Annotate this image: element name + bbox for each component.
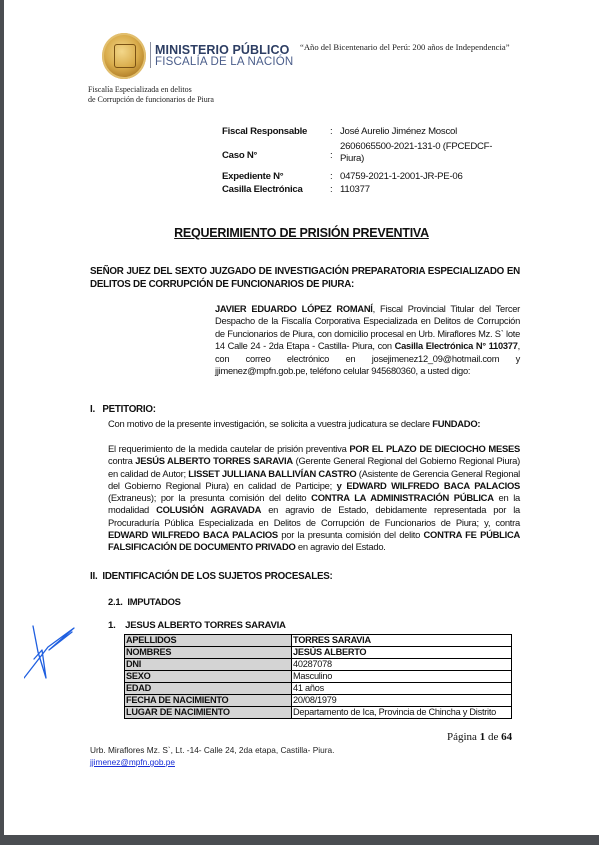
- table-row: NOMBRESJESÚS ALBERTO: [125, 647, 512, 659]
- person-heading: 1. JESUS ALBERTO TORRES SARAVIA: [108, 620, 286, 631]
- handwritten-signature-icon: [24, 612, 84, 682]
- meta-label: Fiscal Responsable: [222, 126, 322, 137]
- table-row: FECHA DE NACIMIENTO20/08/1979: [125, 695, 512, 707]
- field-value: TORRES SARAVIA: [292, 635, 512, 647]
- field-label: NOMBRES: [125, 647, 292, 659]
- document-page: MINISTERIO PÚBLICO FISCALÍA DE LA NACIÓN…: [4, 0, 599, 835]
- field-label: FECHA DE NACIMIENTO: [125, 695, 292, 707]
- year-motto: “Año del Bicentenario del Perú: 200 años…: [300, 42, 510, 52]
- logo-fiscalia-nacion: FISCALÍA DE LA NACIÓN: [155, 56, 293, 68]
- logo-ministerio-publico: MINISTERIO PÚBLICO: [155, 43, 289, 57]
- field-value: Masculino: [292, 671, 512, 683]
- addressee: SEÑOR JUEZ DEL SEXTO JUZGADO DE INVESTIG…: [90, 265, 520, 291]
- section-identificacion-heading: II. IDENTIFICACIÓN DE LOS SUJETOS PROCES…: [90, 571, 333, 582]
- logo-divider: [150, 42, 151, 68]
- footer-address: Urb. Miraflores Mz. S`, Lt. -14- Calle 2…: [90, 745, 334, 755]
- meta-label: Caso N°: [222, 150, 322, 161]
- meta-value: José Aurelio Jiménez Moscol: [340, 126, 520, 138]
- table-row: DNI40287078: [125, 659, 512, 671]
- field-value: Departamento de Ica, Provincia de Chinch…: [292, 707, 512, 719]
- page-number: Página 1 de 64: [447, 731, 512, 743]
- field-label: LUGAR DE NACIMIENTO: [125, 707, 292, 719]
- petitorio-body: El requerimiento de la medida cautelar d…: [108, 443, 520, 554]
- meta-value: 110377: [340, 184, 520, 196]
- field-value: 20/08/1979: [292, 695, 512, 707]
- meta-label: Casilla Electrónica: [222, 184, 322, 195]
- document-title: REQUERIMIENTO DE PRISIÓN PREVENTIVA: [4, 226, 599, 240]
- imputado-identification-table: APELLIDOSTORRES SARAVIANOMBRESJESÚS ALBE…: [124, 634, 512, 719]
- imputados-subheading: 2.1. IMPUTADOS: [108, 596, 181, 607]
- field-label: SEXO: [125, 671, 292, 683]
- unit-line-2: de Corrupción de funcionarios de Piura: [88, 95, 214, 104]
- meta-value: 04759-2021-1-2001-JR-PE-06: [340, 171, 520, 183]
- footer-email-link[interactable]: jjimenez@mpfn.gob.pe: [90, 757, 175, 767]
- field-label: DNI: [125, 659, 292, 671]
- field-label: EDAD: [125, 683, 292, 695]
- field-label: APELLIDOS: [125, 635, 292, 647]
- meta-value: 2606065500-2021-131-0 (FPCEDCF-Piura): [340, 141, 515, 165]
- field-value: JESÚS ALBERTO: [292, 647, 512, 659]
- intro-paragraph: JAVIER EDUARDO LÓPEZ ROMANÍ, Fiscal Prov…: [215, 303, 520, 377]
- meta-label: Expediente N°: [222, 171, 322, 182]
- table-row: EDAD41 años: [125, 683, 512, 695]
- unit-line-1: Fiscalía Especializada en delitos: [88, 85, 192, 94]
- petitorio-lead: Con motivo de la presente investigación,…: [108, 418, 528, 430]
- table-row: APELLIDOSTORRES SARAVIA: [125, 635, 512, 647]
- table-row: LUGAR DE NACIMIENTODepartamento de Ica, …: [125, 707, 512, 719]
- scales-of-justice-seal-icon: [102, 33, 146, 79]
- field-value: 41 años: [292, 683, 512, 695]
- table-row: SEXOMasculino: [125, 671, 512, 683]
- section-petitorio-heading: I. PETITORIO:: [90, 404, 156, 415]
- field-value: 40287078: [292, 659, 512, 671]
